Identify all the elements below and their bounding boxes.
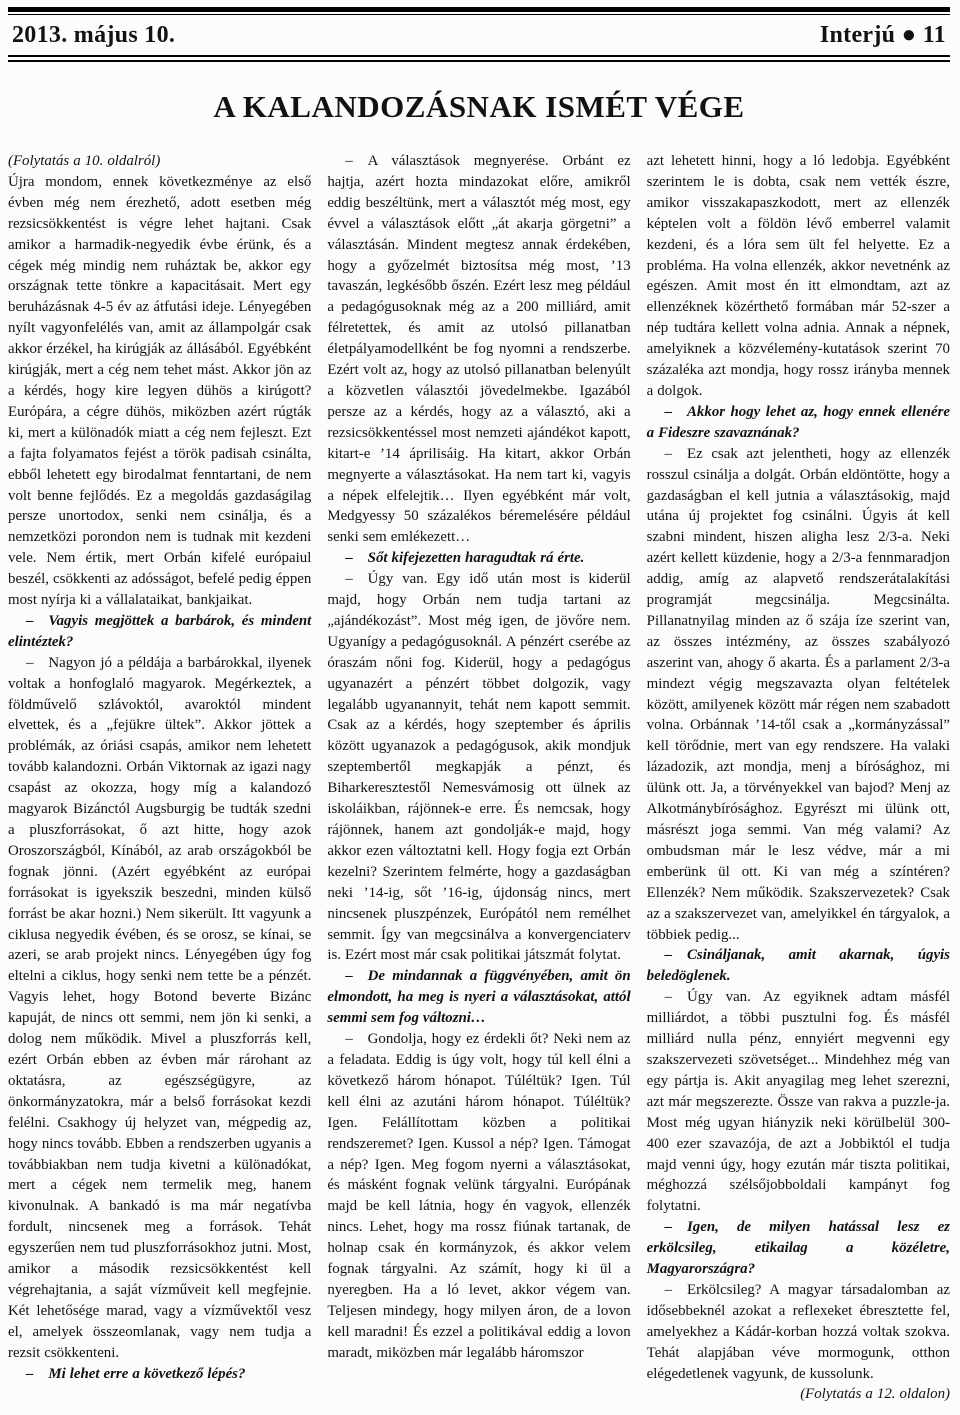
article-title: A KALANDOZÁSNAK ISMÉT VÉGE	[8, 89, 950, 125]
section-page-number: Interjú ● 11	[820, 22, 946, 49]
continuation-note: (Folytatás a 10. oldalról)	[8, 151, 311, 172]
column-3: azt lehetett hinni, hogy a ló ledobja. E…	[647, 151, 950, 1405]
body-paragraph: – Nagyon jó a példája a barbárokkal, ily…	[8, 653, 311, 1364]
body-paragraph: Újra mondom, ennek következménye az első…	[8, 172, 311, 611]
interviewer-question: – Akkor hogy lehet az, hogy ennek ellené…	[647, 402, 950, 444]
column-1: (Folytatás a 10. oldalról)Újra mondom, e…	[8, 151, 311, 1405]
article-columns: (Folytatás a 10. oldalról)Újra mondom, e…	[8, 151, 950, 1405]
interviewer-question: – Vagyis megjöttek a barbárok, és minden…	[8, 611, 311, 653]
body-paragraph: – Úgy van. Az egyiknek adtam másfél mill…	[647, 987, 950, 1217]
interviewer-question: – Igen, de milyen hatással lesz ez erköl…	[647, 1217, 950, 1280]
body-paragraph: – Úgy van. Egy idő után most is kiderül …	[327, 569, 630, 966]
body-paragraph: azt lehetett hinni, hogy a ló ledobja. E…	[647, 151, 950, 402]
continued-on-page-note: (Folytatás a 12. oldalon)	[782, 1384, 950, 1405]
header-top-rule-thick	[8, 7, 950, 12]
interviewer-question: – Csináljanak, amit akarnak, úgyis beled…	[647, 945, 950, 987]
interviewer-question: – De mindannak a függvényében, amit ön e…	[327, 966, 630, 1029]
body-paragraph: – Gondolja, hogy ez érdekli őt? Neki nem…	[327, 1029, 630, 1364]
column-2: – A választások megnyerése. Orbánt ez ha…	[327, 151, 630, 1405]
interviewer-question: – Mi lehet erre a következő lépés?	[8, 1364, 311, 1385]
body-paragraph: – Erkölcsileg? A magyar társadalomban az…	[647, 1280, 950, 1385]
body-paragraph: – A választások megnyerése. Orbánt ez ha…	[327, 151, 630, 548]
header-bottom-rule-1	[8, 55, 950, 57]
newspaper-page: 2013. május 10. Interjú ● 11 A KALANDOZÁ…	[0, 0, 960, 1415]
masthead: 2013. május 10. Interjú ● 11	[8, 15, 950, 55]
issue-date: 2013. május 10.	[12, 22, 175, 49]
interviewer-question: – Sőt kifejezetten haragudtak rá érte.	[327, 548, 630, 569]
body-paragraph: – Ez csak azt jelentheti, hogy az ellenz…	[647, 444, 950, 946]
header-bottom-rule-2	[8, 60, 950, 62]
